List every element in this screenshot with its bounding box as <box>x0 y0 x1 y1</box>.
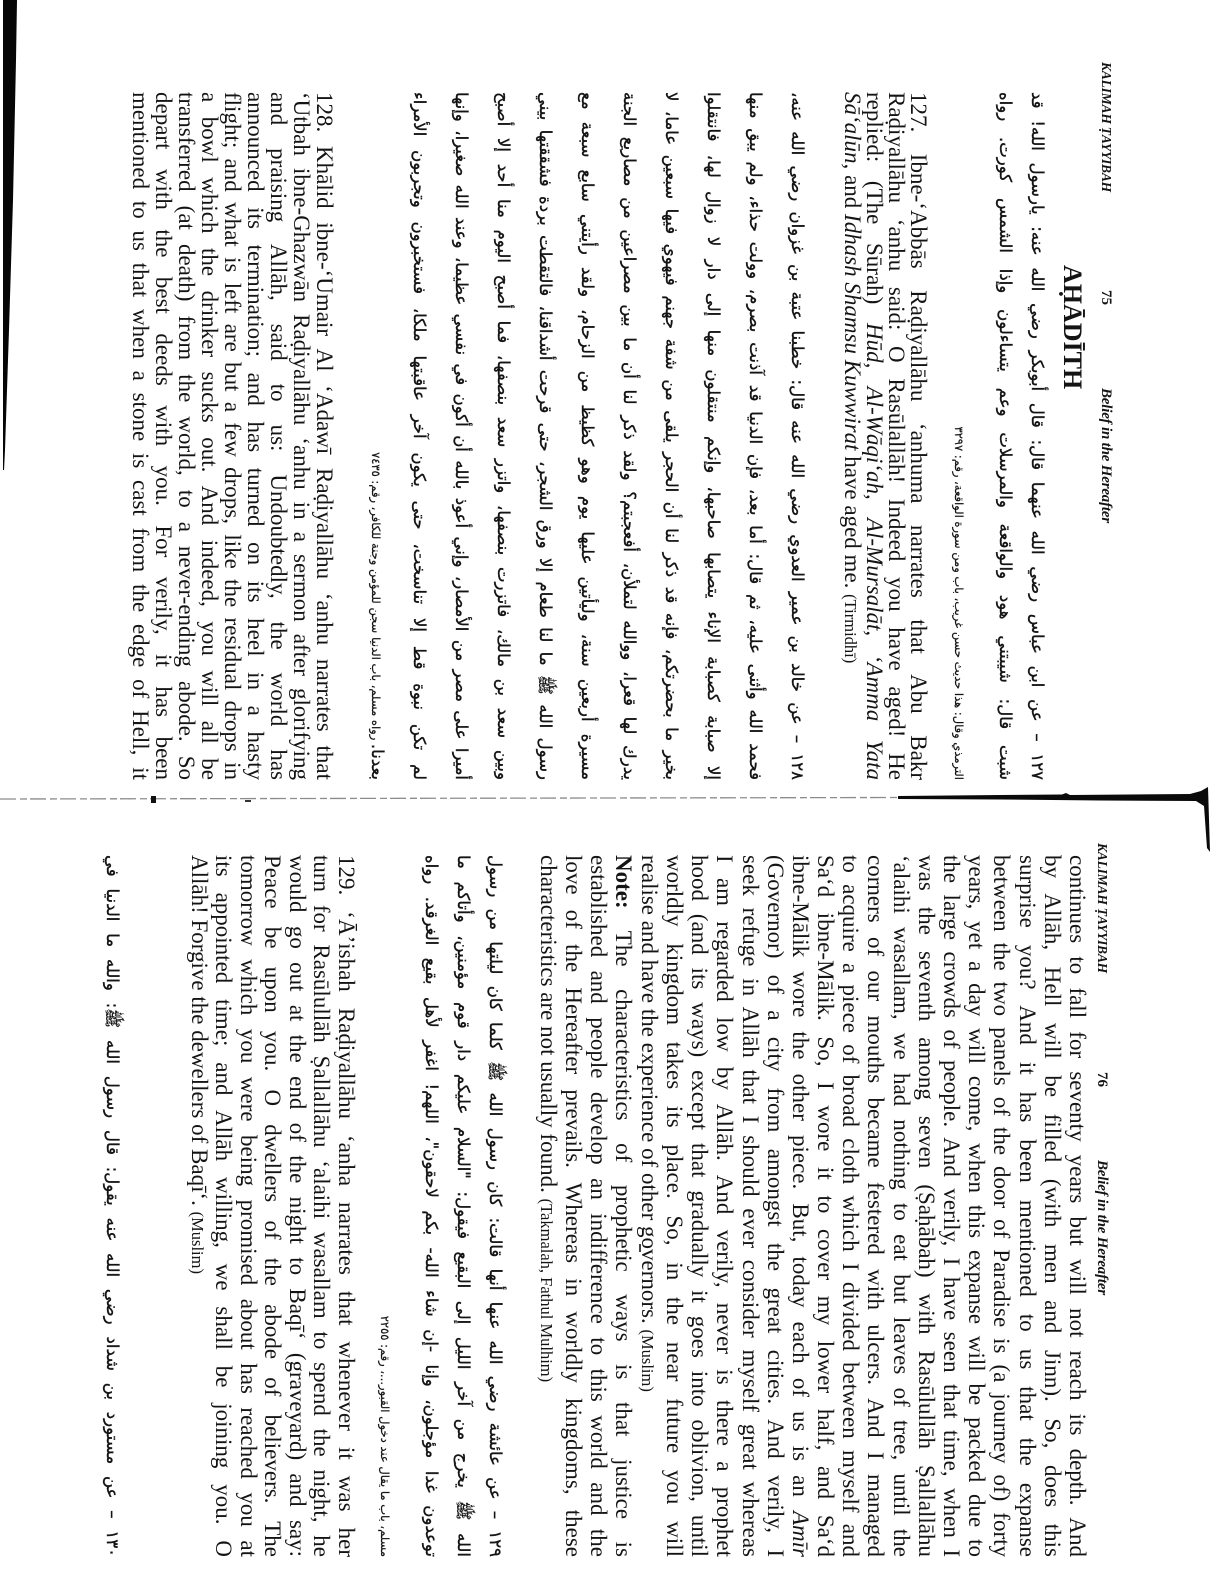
english-line: between the two panels of the door of Pa… <box>989 855 1014 1557</box>
english-line: realise and have the experience of other… <box>637 855 662 1557</box>
english-line: was the seventh among seven (Ṣaḥābah) wi… <box>914 855 939 1557</box>
text-segment: ibne-Mālik wore the other piece. But, to… <box>788 855 813 1511</box>
term-amir: Amīr <box>788 1511 813 1557</box>
hadith-128-english: 128. Khālid ibne-‘Umair Al ‘Adawī Raḍiya… <box>130 92 337 780</box>
book-title: KALIMAH ṬAYYIBAH <box>1092 843 1112 973</box>
arabic-text: بعدنا. <box>368 744 387 780</box>
page-number: 76 <box>1092 1072 1112 1087</box>
text-segment: replied: (The Sūrah) <box>862 92 887 323</box>
english-line: ibne-Mālik wore the other piece. But, to… <box>788 855 813 1557</box>
text-segment: seek refuge in Allāh that I should ever … <box>738 855 763 1557</box>
english-line: and praising Allāh, said to us: Undoubte… <box>268 92 291 780</box>
english-line: Raḍiyallāhu ‘anhu said: O Rasūlallāh! In… <box>885 92 907 780</box>
text-segment: realise and have the experience of other… <box>637 855 662 1329</box>
hadith-129-english: 129. ‘Ā’ishah Raḍiyallāhu ‘anha narrates… <box>187 855 359 1557</box>
arabic-line: شبت قال: شيبتني هود والواقعة والمرسلات و… <box>989 92 1021 780</box>
arabic-line: إلا صبابة كصبابة الإناء يتصابها صاحبها، … <box>692 92 734 780</box>
text-segment: years, yet a day will come, when this ex… <box>964 855 989 1557</box>
arabic-reference: مسلم، باب ما يقال عند دخول القبور...، رق… <box>376 855 394 1557</box>
text-segment: established and people develop an indiff… <box>586 855 611 1557</box>
hadith-128-english-continued: continues to fall for seventy years but … <box>637 855 1090 1557</box>
page-number: 75 <box>1096 290 1116 305</box>
chapter-title: Belief in the Hereafter <box>1096 388 1116 523</box>
page-76: KALIMAH ṬAYYIBAH 76 Belief in the Hereaf… <box>0 800 1220 1582</box>
arabic-line: يدرك لها قعرا، ووالله لتملأن، أفعجبتم؟ و… <box>608 92 650 780</box>
english-line: I am regarded low by Allāh. And verily, … <box>712 855 737 1557</box>
arabic-reference: رواه مسلم، باب الدنيا سجن للمؤمن وجنة لل… <box>369 452 383 744</box>
text-segment: announced its termination; and has turne… <box>244 92 269 780</box>
surah-name: Idhash Shamsu Kuwwirat <box>840 214 865 450</box>
hadith-128-arabic: ١٢٨ – عن خالد بن عمير العدوي رضي الله عن… <box>356 92 818 780</box>
arabic-line: ١٢٨ – عن خالد بن عمير العدوي رضي الله عن… <box>776 92 818 780</box>
arabic-line: ١٢٩ – عن عائشة رضي الله عنها أنها قالت: … <box>479 855 511 1557</box>
english-line: ‘alaihi wasallam, we had nothing to eat … <box>889 855 914 1557</box>
arabic-line: ١٣٠ – عن مستورد بن شداد رضي الله عنه يقو… <box>94 855 130 1557</box>
text-segment: Raḍiyallāhu ‘anhu said: O Rasūlallāh! In… <box>884 92 909 780</box>
text-segment: have aged me. <box>840 450 865 594</box>
hadith-130-arabic: ١٣٠ – عن مستورد بن شداد رضي الله عنه يقو… <box>94 855 130 1557</box>
english-line: its appointed time; and Allāh willing, w… <box>211 855 236 1557</box>
english-line: 127. Ibne-‘Abbās Raḍiyallāhu ‘anhuma nar… <box>907 92 929 780</box>
surah-names: Hūd, Al-Wāqi‘ah, Al-Mursalāt, ‘Amma Yata <box>862 323 887 780</box>
english-line: depart with the best deeds with you. For… <box>153 92 176 780</box>
english-line: love of the Hereafter prevails. Whereas … <box>561 855 586 1557</box>
hadith-127-english: 127. Ibne-‘Abbās Raḍiyallāhu ‘anhuma nar… <box>841 92 929 780</box>
arabic-line: لم تكن نبوة قط إلا تناسخت، حتى يكون آخر … <box>398 92 440 780</box>
english-line: a bowl which the drinker sucks out. And … <box>199 92 222 780</box>
arabic-line: الله ﷺ يخرج من آخر الليل إلى البقيع فيقو… <box>447 855 479 1557</box>
text-segment: the large crowds of people. And verily, … <box>939 855 964 1557</box>
text-segment: to acquire a piece of broad cloth which … <box>838 855 863 1557</box>
arabic-line: فحمد الله وأثنى عليه، ثم قال: أما بعد، ف… <box>734 92 776 780</box>
text-segment: hood (and its ways) except that graduall… <box>687 855 712 1557</box>
source-citation: (Tirmidhī) <box>841 594 860 663</box>
text-segment: I am regarded low by Allāh. And verily, … <box>712 855 737 1557</box>
page-75: KALIMAH ṬAYYIBAH 75 Belief in the Hereaf… <box>0 0 1220 795</box>
text-segment: Peace be upon you. O dwellers of the abo… <box>261 855 286 1557</box>
english-line: worldly kingdom takes its place. So, in … <box>662 855 687 1557</box>
text-segment: would go out at the end of the night to … <box>285 855 310 1557</box>
english-line: would go out at the end of the night to … <box>285 855 310 1557</box>
english-line: to acquire a piece of broad cloth which … <box>838 855 863 1557</box>
english-line: 128. Khālid ibne-‘Umair Al ‘Adawī Raḍiya… <box>314 92 337 780</box>
english-line: corners of our mouths became festered wi… <box>863 855 888 1557</box>
text-segment: Sa‘d ibne-Mālik. So, I wore it to cover … <box>813 855 838 1557</box>
english-line: ‘Utbah ibne-Ghazwān Raḍiyallāhu ‘anhu in… <box>291 92 314 780</box>
english-line: the large crowds of people. And verily, … <box>939 855 964 1557</box>
text-segment: 127. Ibne-‘Abbās Raḍiyallāhu ‘anhuma nar… <box>906 92 931 780</box>
scanned-book-spread: KALIMAH ṬAYYIBAH 75 Belief in the Hereaf… <box>0 0 1220 1582</box>
text-segment: was the seventh among seven (Ṣaḥābah) wi… <box>914 855 939 1557</box>
running-head: KALIMAH ṬAYYIBAH 76 Belief in the Hereaf… <box>1092 800 1112 1582</box>
text-segment: (Governor) of a city from amongst the gr… <box>763 855 788 1557</box>
running-head: KALIMAH ṬAYYIBAH 75 Belief in the Hereaf… <box>1096 0 1116 795</box>
arabic-line: وبين سعد بن مالك، فاتزرت بنصفها، واتزر س… <box>482 92 524 780</box>
text-segment: and <box>840 169 865 214</box>
text-segment: a bowl which the drinker sucks out. And … <box>198 92 223 780</box>
source-citation: (Muslim) <box>638 1329 657 1391</box>
english-line: 129. ‘Ā’ishah Raḍiyallāhu ‘anha narrates… <box>334 855 359 1557</box>
text-segment: continues to fall for seventy years but … <box>1065 855 1090 1557</box>
text-segment: worldly kingdom takes its place. So, in … <box>662 855 687 1557</box>
text-segment: tomorrow which you were being promised a… <box>236 855 261 1557</box>
english-line: announced its termination; and has turne… <box>245 92 268 780</box>
english-line: by Allāh, Hell will be filled (with men … <box>1040 855 1065 1557</box>
text-segment: love of the Hereafter prevails. Whereas … <box>561 855 586 1557</box>
hadith-129-arabic: ١٢٩ – عن عائشة رضي الله عنها أنها قالت: … <box>415 855 511 1557</box>
text-segment: 128. Khālid ibne-‘Umair Al ‘Adawī Raḍiya… <box>313 92 338 780</box>
text-segment: depart with the best deeds with you. For… <box>152 92 177 780</box>
arabic-line: بعدنا. رواه مسلم، باب الدنيا سجن للمؤمن … <box>356 92 398 780</box>
source-citation: (Takmalah, Fathul Mulhim) <box>537 1199 556 1383</box>
text-segment: and praising Allāh, said to us: Undoubte… <box>267 92 292 780</box>
text-segment: by Allāh, Hell will be filled (with men … <box>1040 855 1065 1557</box>
english-line: mentioned to us that when a stone is cas… <box>130 92 153 780</box>
hadith-127-arabic: ١٢٧ – عن ابن عباس رضي الله عنهما قال: قا… <box>989 92 1053 780</box>
english-line: years, yet a day will come, when this ex… <box>964 855 989 1557</box>
text-segment: characteristics are not usually found. <box>536 855 561 1199</box>
arabic-line: أميرا على مصر من الأمصار، وإني أعوذ بالل… <box>440 92 482 780</box>
surah-name: Sā‘alūn, <box>840 92 865 169</box>
english-line: Sa‘d ibne-Mālik. So, I wore it to cover … <box>813 855 838 1557</box>
english-line: continues to fall for seventy years but … <box>1065 855 1090 1557</box>
english-line: Note: The characteristics of prophetic w… <box>611 855 636 1557</box>
text-segment: turn for Rasūlullāh Ṣallallāhu ‘alaihi w… <box>310 855 335 1557</box>
english-line: flight; and what is left are but a few d… <box>222 92 245 780</box>
english-line: Allāh! Forgive the dewellers of Baqī‘. (… <box>187 855 212 1557</box>
arabic-line: توعدون غدا مؤجلون، وإنا -إن شاء الله- بك… <box>415 855 447 1557</box>
chapter-title: Belief in the Hereafter <box>1092 1160 1112 1295</box>
text-segment: surprise you? And it has been mentioned … <box>1015 855 1040 1557</box>
english-line: Peace be upon you. O dwellers of the abo… <box>260 855 285 1557</box>
arabic-reference: الترمذي وقال: هذا حديث حسن غريب، باب ومن… <box>950 92 968 780</box>
english-line: (Governor) of a city from amongst the gr… <box>763 855 788 1557</box>
text-segment: between the two panels of the door of Pa… <box>989 855 1014 1557</box>
english-line: characteristics are not usually found. (… <box>536 855 561 1557</box>
note-label: Note: <box>611 855 636 909</box>
text-segment: its appointed time; and Allāh willing, w… <box>212 855 237 1557</box>
note: Note: The characteristics of prophetic w… <box>536 855 637 1557</box>
text-segment: Allāh! Forgive the dewellers of Baqī‘. <box>187 855 212 1212</box>
english-line: established and people develop an indiff… <box>586 855 611 1557</box>
text-segment: corners of our mouths became festered wi… <box>864 855 889 1557</box>
english-line: seek refuge in Allāh that I should ever … <box>737 855 762 1557</box>
section-title: AḤĀDĪTH <box>1057 265 1087 389</box>
text-segment: transferred (at death) from the world, t… <box>175 92 200 780</box>
arabic-line: بخير ما بحضرتكم، فإنه قد ذكر لنا أن الحج… <box>650 92 692 780</box>
text-segment: mentioned to us that when a stone is cas… <box>129 92 154 780</box>
text-segment: ‘alaihi wasallam, we had nothing to eat … <box>889 855 914 1557</box>
book-title: KALIMAH ṬAYYIBAH <box>1096 62 1116 192</box>
text-segment: The characteristics of prophetic ways is… <box>611 909 636 1557</box>
english-line: tomorrow which you were being promised a… <box>236 855 261 1557</box>
text-segment: 129. ‘Ā’ishah Raḍiyallāhu ‘anha narrates… <box>334 855 359 1557</box>
arabic-line: مسيرة أربعين سنة، وليأتين عليها يوم وهو … <box>566 92 608 780</box>
arabic-line: ١٢٧ – عن ابن عباس رضي الله عنهما قال: قا… <box>1021 92 1053 780</box>
english-line: hood (and its ways) except that graduall… <box>687 855 712 1557</box>
arabic-line: رسول الله ﷺ ما لنا طعام إلا ورق الشجر، ح… <box>524 92 566 780</box>
text-segment: ‘Utbah ibne-Ghazwān Raḍiyallāhu ‘anhu in… <box>290 92 315 780</box>
english-line: turn for Rasūlullāh Ṣallallāhu ‘alaihi w… <box>309 855 334 1557</box>
english-line: Sā‘alūn, and Idhash Shamsu Kuwwirat have… <box>841 92 863 780</box>
english-line: replied: (The Sūrah) Hūd, Al-Wāqi‘ah, Al… <box>863 92 885 780</box>
english-line: surprise you? And it has been mentioned … <box>1014 855 1039 1557</box>
text-segment: flight; and what is left are but a few d… <box>221 92 246 780</box>
english-line: transferred (at death) from the world, t… <box>176 92 199 780</box>
source-citation: (Muslim) <box>188 1212 207 1274</box>
